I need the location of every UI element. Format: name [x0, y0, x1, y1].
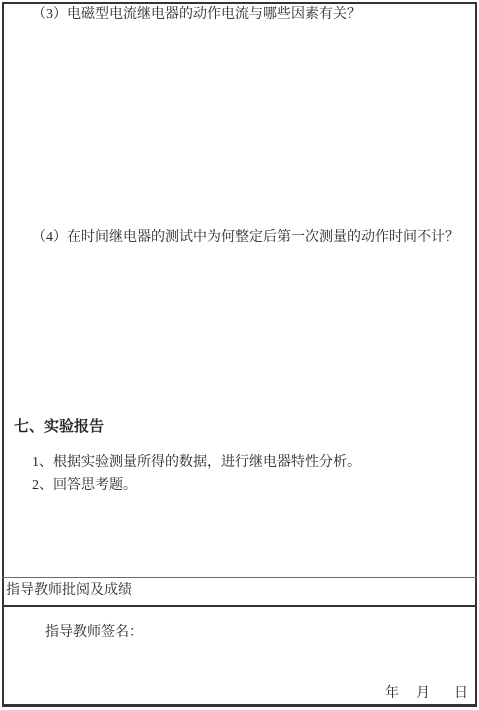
question-3-text: （3）电磁型电流继电器的动作电流与哪些因素有关？	[32, 6, 361, 23]
report-item-1: 1、根据实验测量所得的数据，进行继电器特性分析。	[32, 454, 361, 471]
instructor-review-label: 指导教师批阅及成绩	[6, 582, 132, 599]
date-month-label: 月	[416, 685, 430, 702]
report-item-2: 2、回答思考题。	[32, 477, 137, 494]
date-day-label: 日	[454, 685, 468, 702]
instructor-signature-label: 指导教师签名：	[45, 624, 143, 641]
review-row-top-rule	[2, 577, 477, 578]
page-border-frame	[2, 2, 477, 707]
document-page: （3）电磁型电流继电器的动作电流与哪些因素有关？ （4）在时间继电器的测试中为何…	[0, 0, 479, 710]
section-heading-experiment-report: 七、实验报告	[14, 419, 104, 436]
question-4-text: （4）在时间继电器的测试中为何整定后第一次测量的动作时间不计？	[32, 229, 459, 246]
review-row-bottom-rule	[2, 605, 477, 607]
date-year-label: 年	[385, 685, 399, 702]
